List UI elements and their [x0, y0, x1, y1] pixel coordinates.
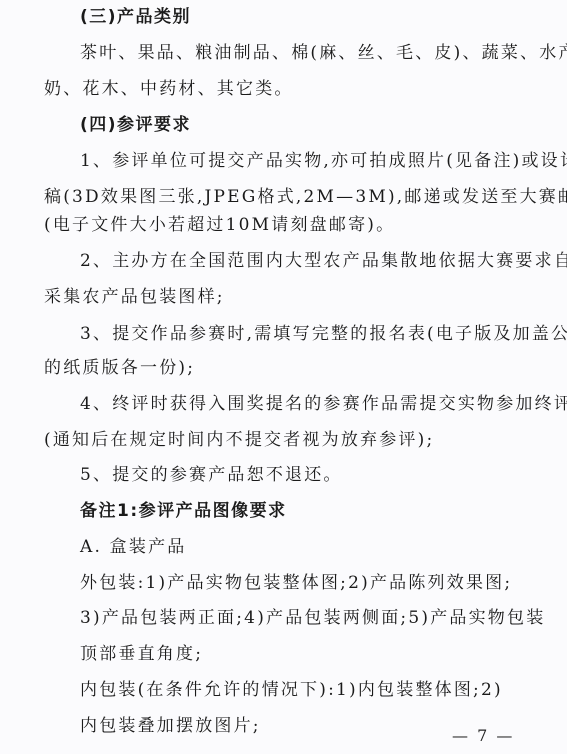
page-number: — 7 —	[452, 726, 514, 745]
paragraph-line: 稿(3D效果图三张,JPEG格式,2M—3M),邮递或发送至大赛邮箱	[44, 186, 567, 208]
paragraph-line: 1、参评单位可提交产品实物,亦可拍成照片(见备注)或设计	[80, 150, 567, 172]
section-heading-product-category: (三)产品类别	[80, 6, 191, 28]
paragraph-line: 3、提交作品参赛时,需填写完整的报名表(电子版及加盖公章	[80, 323, 567, 345]
paragraph-line: 内包装叠加摆放图片;	[80, 715, 261, 737]
paragraph-line: 3)产品包装两正面;4)产品包装两侧面;5)产品实物包装	[80, 607, 545, 629]
paragraph-line: 4、终评时获得入围奖提名的参赛作品需提交实物参加终评	[80, 393, 567, 415]
paragraph-line: 的纸质版各一份);	[44, 357, 195, 379]
paragraph-line: 内包装(在条件允许的情况下):1)内包装整体图;2)	[80, 679, 503, 701]
paragraph-line: 顶部垂直角度;	[80, 643, 203, 665]
paragraph-line: 5、提交的参赛产品恕不退还。	[80, 464, 343, 486]
paragraph-line: 外包装:1)产品实物包装整体图;2)产品陈列效果图;	[80, 572, 512, 594]
paragraph-line: A. 盒装产品	[80, 536, 186, 558]
paragraph-line: (电子文件大小若超过10M请刻盘邮寄)。	[44, 214, 395, 236]
paragraph-line: 奶、花木、中药材、其它类。	[44, 78, 294, 100]
paragraph-line: 2、主办方在全国范围内大型农产品集散地依据大赛要求自行	[80, 250, 567, 272]
note-heading: 备注1:参评产品图像要求	[80, 500, 287, 522]
paragraph-line: (通知后在规定时间内不提交者视为放弃参评);	[44, 429, 434, 451]
paragraph-line: 采集农产品包装图样;	[44, 286, 225, 308]
document-page: (三)产品类别 茶叶、果品、粮油制品、棉(麻、丝、毛、皮)、蔬菜、水产、畜禽蛋 …	[0, 0, 567, 754]
section-heading-requirements: (四)参评要求	[80, 114, 191, 136]
paragraph-line: 茶叶、果品、粮油制品、棉(麻、丝、毛、皮)、蔬菜、水产、畜禽蛋	[80, 42, 567, 64]
